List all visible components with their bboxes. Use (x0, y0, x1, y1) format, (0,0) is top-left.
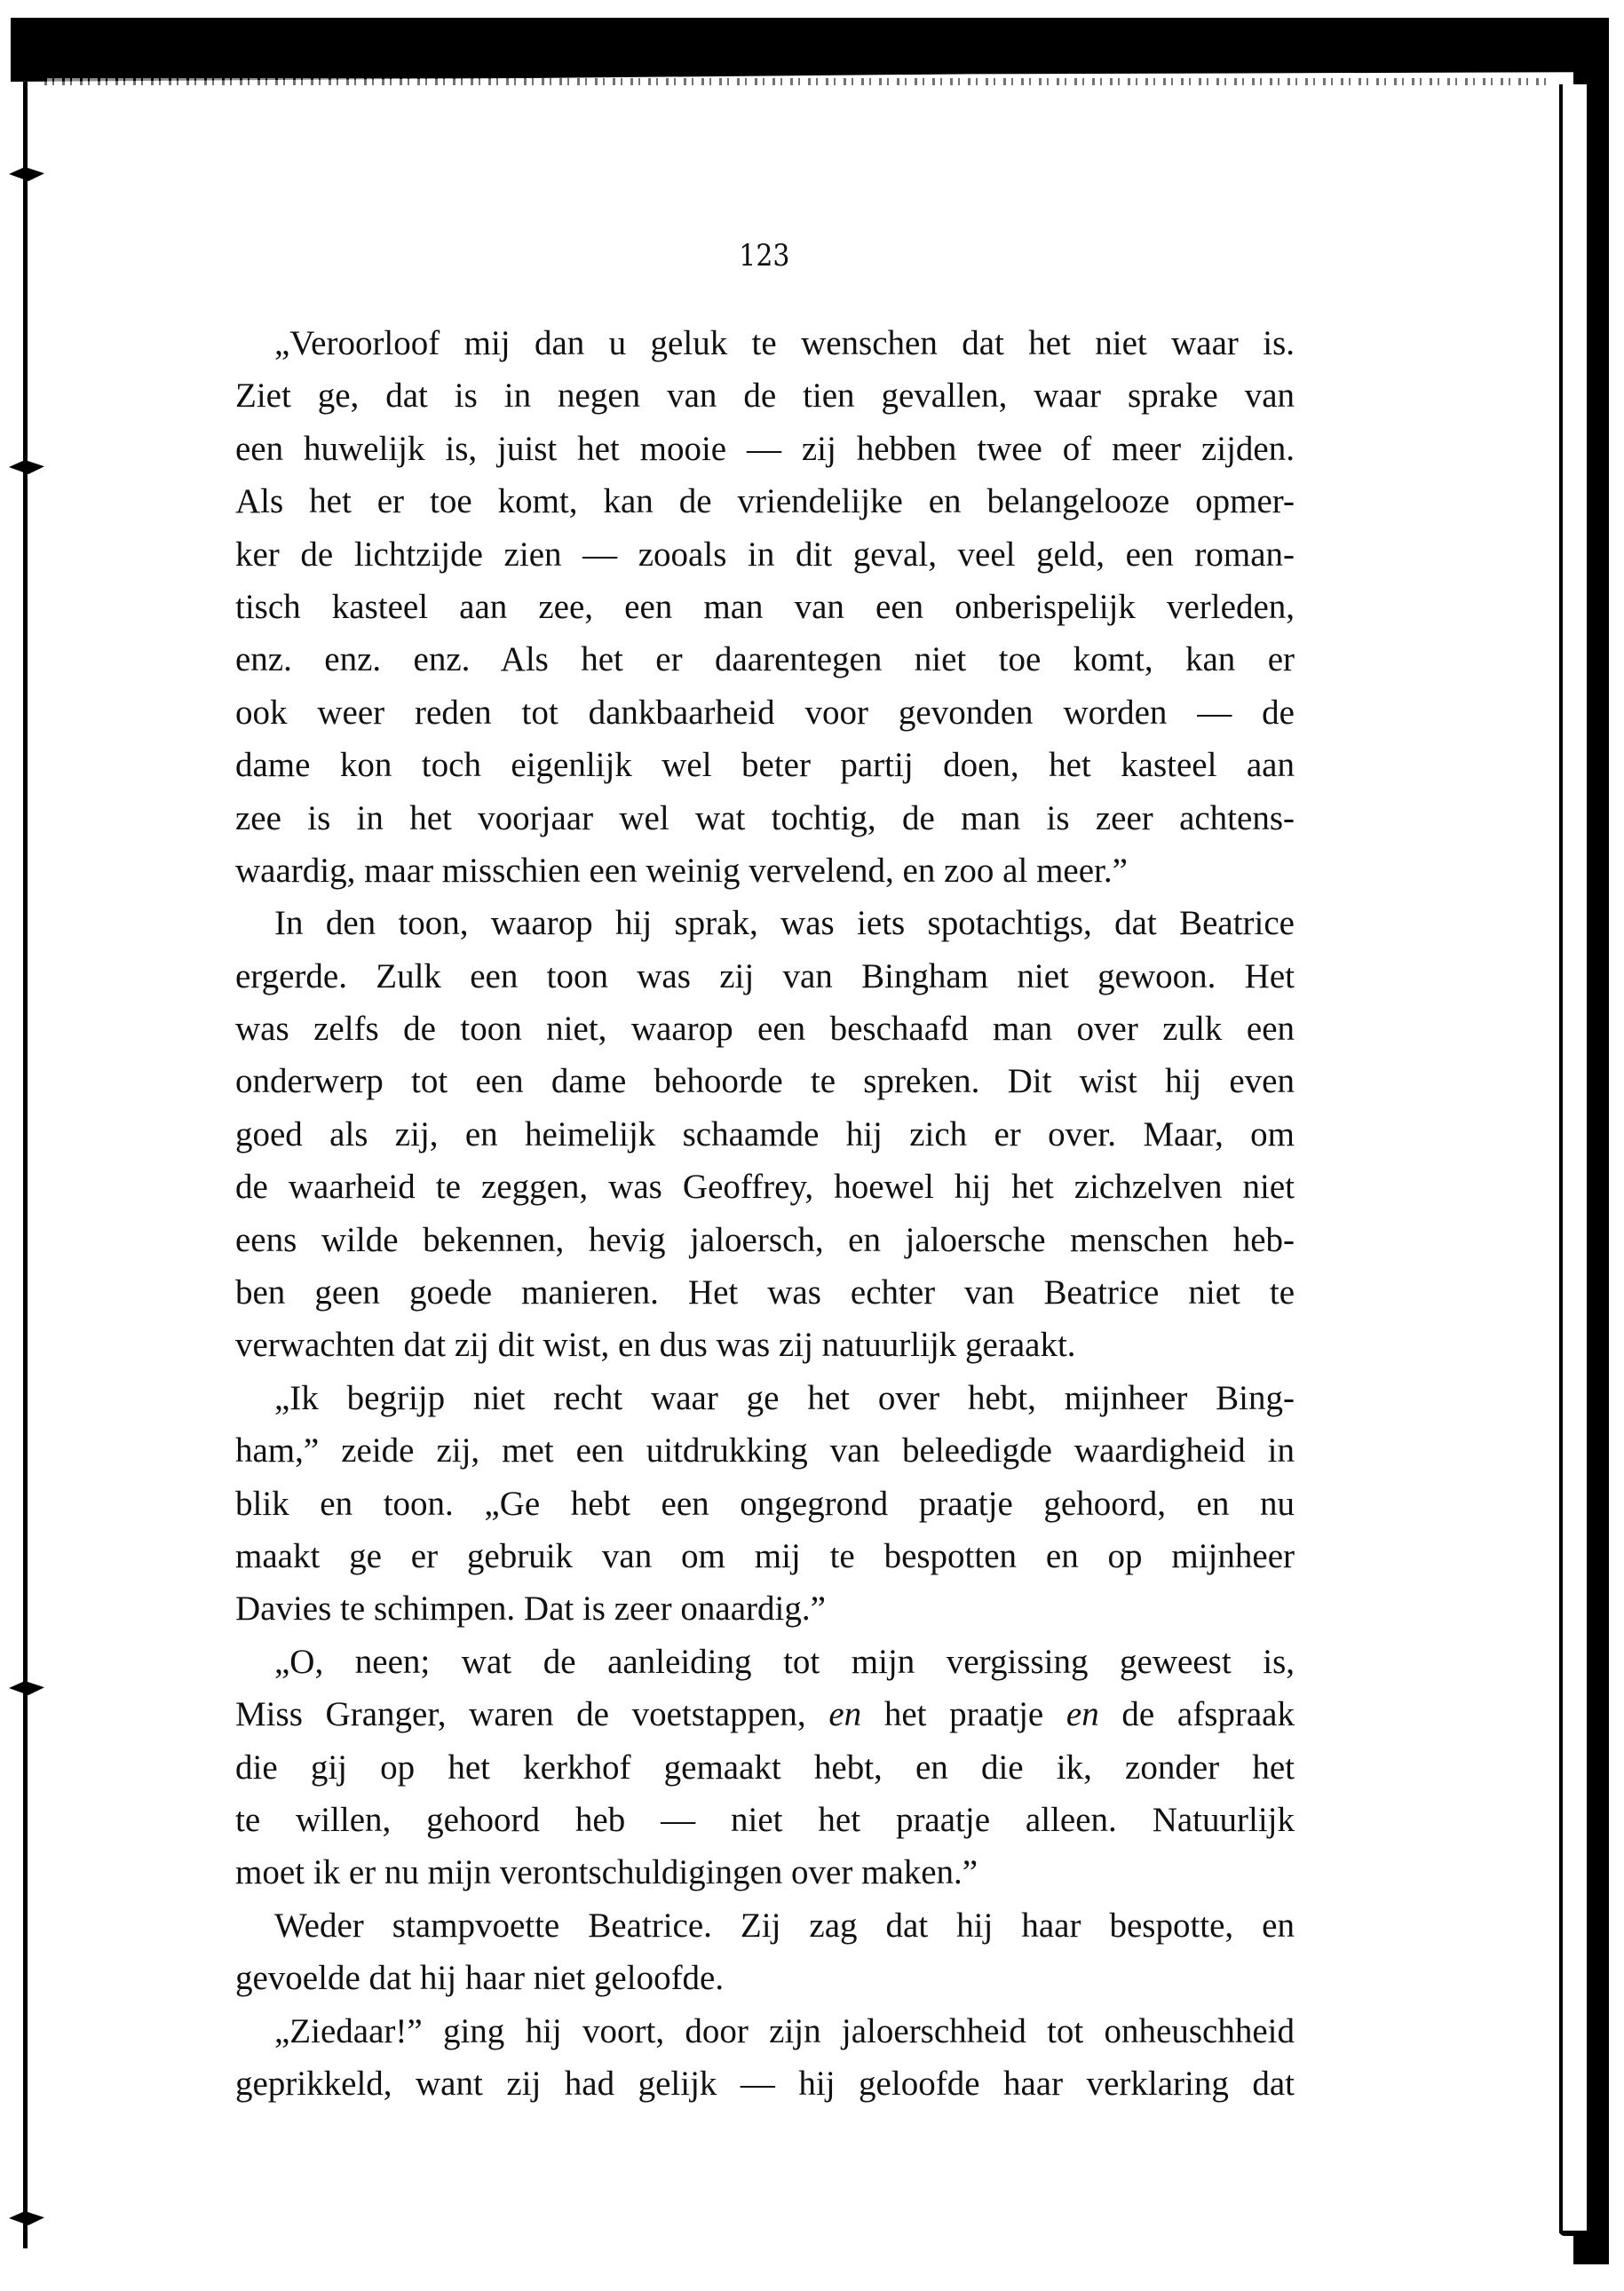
text-line: Ziet ge, dat is in negen van de tien gev… (235, 369, 1295, 422)
text-line: „Veroorloof mij dan u geluk te wenschen … (235, 317, 1295, 369)
text-line: ham,” zeide zij, met een uitdrukking van… (235, 1424, 1295, 1477)
text-line: „Ik begrijp niet recht waar ge het over … (235, 1372, 1295, 1424)
text-line: maakt ge er gebruik van om mij te bespot… (235, 1530, 1295, 1582)
binding-mark (9, 460, 44, 474)
text-line: waardig, maar misschien een weinig verve… (235, 844, 1295, 897)
text-line: Als het er toe komt, kan de vriendelijke… (235, 475, 1295, 527)
binding-mark (9, 2211, 44, 2225)
italic-emphasis: en (1066, 1695, 1099, 1733)
text-line: enz. enz. enz. Als het er daarentegen ni… (235, 633, 1295, 686)
italic-emphasis: en (828, 1695, 861, 1733)
text-line: onderwerp tot een dame behoorde te sprek… (235, 1055, 1295, 1107)
text-line: die gij op het kerkhof gemaakt hebt, en … (235, 1741, 1295, 1794)
text-line: ergerde. Zulk een toon was zij van Bingh… (235, 950, 1295, 1003)
text-line: eens wilde bekennen, hevig jaloersch, en… (235, 1214, 1295, 1266)
right-page-edge-corner (1559, 2231, 1609, 2236)
scan-top-shadow (11, 18, 1609, 82)
paragraph: „Ik begrijp niet recht waar ge het over … (235, 1372, 1295, 1636)
text-line: ook weer reden tot dankbaarheid voor gev… (235, 686, 1295, 739)
text-line: Weder stampvoette Beatrice. Zij zag dat … (235, 1899, 1295, 1952)
text-line: verwachten dat zij dit wist, en dus was … (235, 1319, 1295, 1371)
page-number: 123 (92, 238, 1437, 273)
text-line: ker de lichtzijde zien — zooals in dit g… (235, 528, 1295, 581)
text-line: te willen, gehoord heb — niet het praatj… (235, 1794, 1295, 1846)
right-page-edge-gap (1565, 84, 1587, 2233)
left-binding-edge (23, 82, 28, 2248)
text-line: dame kon toch eigenlijk wel beter partij… (235, 739, 1295, 791)
text-line: was zelfs de toon niet, waarop een besch… (235, 1003, 1295, 1055)
text-line: tisch kasteel aan zee, een man van een o… (235, 581, 1295, 633)
text-line: „O, neen; wat de aanleiding tot mijn ver… (235, 1636, 1295, 1688)
text-line: „Ziedaar!” ging hij voort, door zijn jal… (235, 2005, 1295, 2057)
text-line: geprikkeld, want zij had gelijk — hij ge… (235, 2057, 1295, 2110)
body-text: „Veroorloof mij dan u geluk te wenschen … (235, 317, 1295, 2110)
text-line: ben geen goede manieren. Het was echter … (235, 1266, 1295, 1319)
text-line: een huwelijk is, juist het mooie — zij h… (235, 423, 1295, 475)
paragraph: „O, neen; wat de aanleiding tot mijn ver… (235, 1636, 1295, 1899)
text-line: gevoelde dat hij haar niet geloofde. (235, 1952, 1295, 2004)
text-line: In den toon, waarop hij sprak, was iets … (235, 897, 1295, 949)
scan-top-fringe (44, 78, 1554, 85)
text-line: blik en toon. „Ge hebt een ongegrond pra… (235, 1478, 1295, 1530)
text-line: goed als zij, en heimelijk schaamde hij … (235, 1108, 1295, 1161)
text-line: Miss Granger, waren de voetstappen, en h… (235, 1688, 1295, 1740)
paragraph: Weder stampvoette Beatrice. Zij zag dat … (235, 1899, 1295, 2005)
paragraph: „Ziedaar!” ging hij voort, door zijn jal… (235, 2005, 1295, 2111)
right-page-edge-line (1559, 84, 1563, 2233)
text-line: zee is in het voorjaar wel wat tochtig, … (235, 792, 1295, 844)
text-line: Davies te schimpen. Dat is zeer onaardig… (235, 1582, 1295, 1635)
text-line: de waarheid te zeggen, was Geoffrey, hoe… (235, 1161, 1295, 1213)
binding-mark (9, 1681, 44, 1695)
paragraph: „Veroorloof mij dan u geluk te wenschen … (235, 317, 1295, 897)
paragraph: In den toon, waarop hij sprak, was iets … (235, 897, 1295, 1372)
binding-mark (9, 167, 44, 181)
text-line: moet ik er nu mijn verontschuldigingen o… (235, 1846, 1295, 1899)
